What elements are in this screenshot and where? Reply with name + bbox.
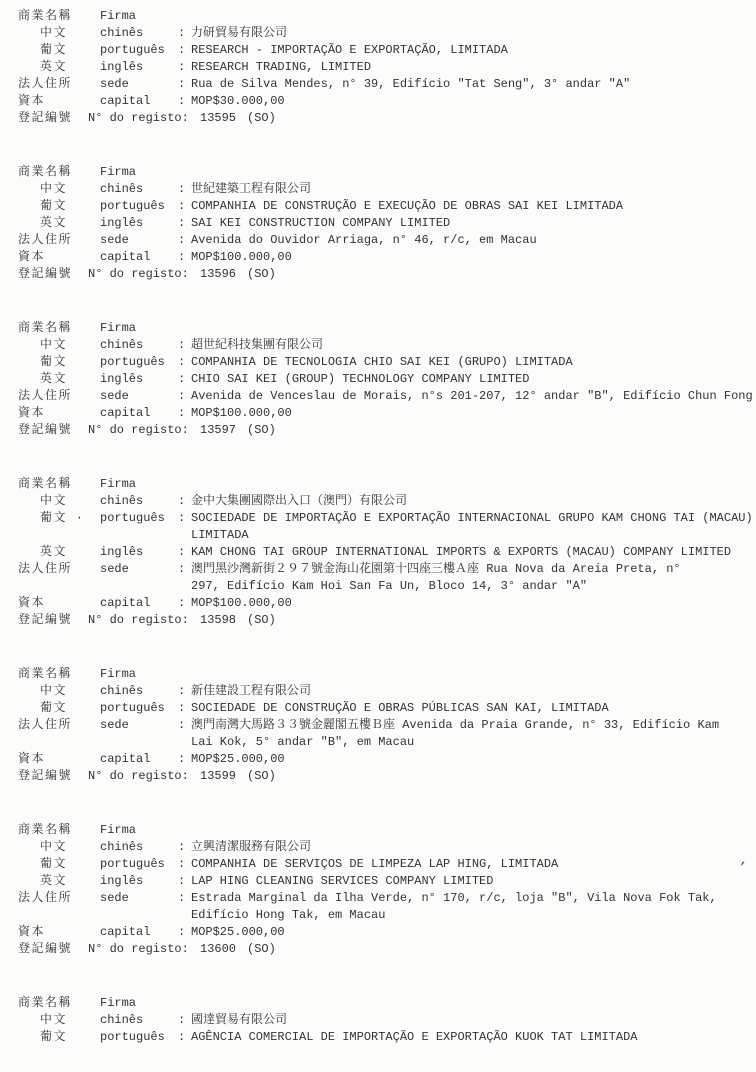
field-label-zh: 登記編號 [0,612,88,629]
field-label-pt: português [100,42,178,59]
entry-row: 葡文português:RESEARCH - IMPORTAÇÃO E EXPO… [0,42,756,59]
field-label-zh: 葡文 · [0,510,100,527]
colon-separator: : [178,405,191,422]
field-value: Lai Kok, 5° andar "B", em Macau [191,734,756,751]
entry-row: 登記編號N° do registo:13599(SO) [0,768,756,785]
entry-row: 法人住所sede:澳門黑沙灣新街２９７號金海山花園第十四座三樓Ａ座 Rua No… [0,561,756,578]
registration-suffix: (SO) [247,768,276,785]
entry-row: 商業名稱Firma [0,666,756,683]
field-value: RESEARCH - IMPORTAÇÃO E EXPORTAÇÃO, LIMI… [191,42,756,59]
field-value: 世紀建築工程有限公司 [191,181,756,198]
field-label-pt: chinês [100,337,178,354]
colon-separator: : [178,890,191,907]
registration-number: 13598 [200,612,247,629]
field-label-zh: 英文 [0,371,100,388]
field-label-zh: 商業名稱 [0,822,100,839]
field-value: 澳門南灣大馬路３３號金麗閣五樓Ｂ座 Avenida da Praia Grand… [191,717,756,734]
field-label-pt: chinês [100,683,178,700]
field-value: AGÊNCIA COMERCIAL DE IMPORTAÇÃO E EXPORT… [191,1029,756,1046]
entry-row: 葡文português:COMPANHIA DE TECNOLOGIA CHIO… [0,354,756,371]
registration-suffix: (SO) [247,612,276,629]
entry-row: LIMITADA [0,527,756,544]
entry-row: 297, Edifício Kam Hoi San Fa Un, Bloco 1… [0,578,756,595]
colon-separator: : [178,924,191,941]
entry-row: 登記編號N° do registo:13598(SO) [0,612,756,629]
field-label-zh: 法人住所 [0,561,100,578]
entry-row: 英文inglês:LAP HING CLEANING SERVICES COMP… [0,873,756,890]
field-label-pt: português [100,510,178,527]
colon-separator: : [178,1029,191,1046]
entry-row: 英文inglês:SAI KEI CONSTRUCTION COMPANY LI… [0,215,756,232]
field-label-zh: 葡文 [0,354,100,371]
field-value: RESEARCH TRADING, LIMITED [191,59,756,76]
entry-row: 葡文português:AGÊNCIA COMERCIAL DE IMPORTA… [0,1029,756,1046]
field-label-zh: 商業名稱 [0,476,100,493]
colon-separator: : [178,751,191,768]
colon-separator: : [178,561,191,578]
colon-separator: : [178,700,191,717]
field-label-pt: português [100,198,178,215]
field-value: COMPANHIA DE SERVIÇOS DE LIMPEZA LAP HIN… [191,856,756,873]
field-label-pt: chinês [100,1012,178,1029]
entry-row: 法人住所sede:澳門南灣大馬路３３號金麗閣五樓Ｂ座 Avenida da Pr… [0,717,756,734]
entry-row: 商業名稱Firma [0,822,756,839]
field-value: 超世紀科技集團有限公司 [191,337,756,354]
field-label-zh: 資本 [0,93,100,110]
field-label-zh: 商業名稱 [0,995,100,1012]
colon-separator: : [178,683,191,700]
field-label-pt: português [100,1029,178,1046]
field-label-pt: capital [100,595,178,612]
field-label-zh: 商業名稱 [0,320,100,337]
colon-separator: : [178,181,191,198]
colon-separator: : [178,595,191,612]
field-value: 金中大集團國際出入口（澳門）有限公司 [191,493,756,510]
colon-separator: : [178,249,191,266]
field-value: Avenida do Ouvidor Arriaga, n° 46, r/c, … [191,232,756,249]
field-label-pt: sede [100,561,178,578]
colon-separator: : [178,1012,191,1029]
colon-separator: : [178,839,191,856]
entry-row: 英文inglês:KAM CHONG TAI GROUP INTERNATION… [0,544,756,561]
field-label-pt: capital [100,751,178,768]
entry-row: 資本capital:MOP$25.000,00 [0,751,756,768]
entry-row: 商業名稱Firma [0,320,756,337]
field-value: MOP$100.000,00 [191,405,756,422]
entry-row: 葡文português:COMPANHIA DE SERVIÇOS DE LIM… [0,856,756,873]
company-entry: 商業名稱Firma中文chinês:世紀建築工程有限公司葡文português:… [0,164,756,283]
entry-row: 英文inglês:RESEARCH TRADING, LIMITED [0,59,756,76]
field-label-pt: sede [100,232,178,249]
field-label-zh: 葡文 [0,42,100,59]
field-value: 澳門黑沙灣新街２９７號金海山花園第十四座三樓Ａ座 Rua Nova da Are… [191,561,756,578]
field-label-pt: Firma [100,164,178,181]
registration-number: 13600 [200,941,247,958]
field-value: COMPANHIA DE CONSTRUÇÃO E EXECUÇÃO DE OB… [191,198,756,215]
field-label-zh: 英文 [0,544,100,561]
field-label-pt: inglês [100,544,178,561]
colon-separator: : [178,198,191,215]
field-label-pt: N° do registo: [88,612,200,629]
field-value: Avenida de Venceslau de Morais, n°s 201-… [191,388,756,405]
colon-separator: : [178,337,191,354]
field-label-pt: N° do registo: [88,941,200,958]
entry-row: 葡文português:SOCIEDADE DE CONSTRUÇÃO E OB… [0,700,756,717]
field-label-zh: 資本 [0,249,100,266]
field-label-zh: 中文 [0,181,100,198]
company-entry: 商業名稱Firma中文chinês:力研貿易有限公司葡文português:RE… [0,8,756,127]
field-label-pt: Firma [100,822,178,839]
registration-number: 13595 [200,110,247,127]
field-label-pt: Firma [100,995,178,1012]
entry-row: 商業名稱Firma [0,164,756,181]
colon-separator: : [178,232,191,249]
colon-separator: : [178,76,191,93]
field-label-pt: Firma [100,666,178,683]
field-label-zh: 商業名稱 [0,666,100,683]
field-label-pt: chinês [100,493,178,510]
field-label-pt: chinês [100,181,178,198]
entry-row: 法人住所sede:Avenida de Venceslau de Morais,… [0,388,756,405]
field-value: SOCIEDADE DE CONSTRUÇÃO E OBRAS PÚBLICAS… [191,700,756,717]
field-label-zh: 葡文 [0,198,100,215]
field-value: Edifício Hong Tak, em Macau [191,907,756,924]
field-label-pt: inglês [100,59,178,76]
registration-number: 13597 [200,422,247,439]
field-label-zh: 登記編號 [0,110,88,127]
field-label-zh: 法人住所 [0,232,100,249]
field-label-pt: chinês [100,839,178,856]
field-label-pt: capital [100,405,178,422]
field-label-pt: Firma [100,8,178,25]
field-label-zh: 中文 [0,337,100,354]
field-label-pt: N° do registo: [88,422,200,439]
field-label-pt: português [100,354,178,371]
field-label-zh: 法人住所 [0,388,100,405]
entry-row: 葡文português:COMPANHIA DE CONSTRUÇÃO E EX… [0,198,756,215]
field-label-zh: 中文 [0,1012,100,1029]
entry-row: 中文chinês:立興清潔服務有限公司 [0,839,756,856]
field-value: 力研貿易有限公司 [191,25,756,42]
field-label-pt: inglês [100,215,178,232]
field-label-pt: capital [100,93,178,110]
company-entry: 商業名稱Firma中文chinês:新佳建設工程有限公司葡文português:… [0,666,756,785]
field-label-pt: Firma [100,476,178,493]
colon-separator: : [178,717,191,734]
registration-number: 13596 [200,266,247,283]
entry-row: 登記編號N° do registo:13596(SO) [0,266,756,283]
field-value: COMPANHIA DE TECNOLOGIA CHIO SAI KEI (GR… [191,354,756,371]
field-label-zh: 法人住所 [0,76,100,93]
colon-separator: : [178,856,191,873]
field-value: Estrada Marginal da Ilha Verde, n° 170, … [191,890,756,907]
field-label-pt: capital [100,249,178,266]
entry-row: Lai Kok, 5° andar "B", em Macau [0,734,756,751]
field-value: SOCIEDADE DE IMPORTAÇÃO E EXPORTAÇÃO INT… [191,510,756,527]
field-label-pt: N° do registo: [88,266,200,283]
field-value: MOP$25.000,00 [191,751,756,768]
field-label-zh: 中文 [0,683,100,700]
colon-separator: : [178,493,191,510]
registration-suffix: (SO) [247,266,276,283]
field-label-pt: sede [100,890,178,907]
field-label-pt: N° do registo: [88,768,200,785]
entry-row: 商業名稱Firma [0,995,756,1012]
field-label-pt: inglês [100,873,178,890]
field-label-zh: 葡文 [0,1029,100,1046]
field-label-zh: 登記編號 [0,266,88,283]
entry-row: 中文chinês:金中大集團國際出入口（澳門）有限公司 [0,493,756,510]
entry-row: 登記編號N° do registo:13597(SO) [0,422,756,439]
entry-row: 法人住所sede:Avenida do Ouvidor Arriaga, n° … [0,232,756,249]
field-label-zh: 商業名稱 [0,8,100,25]
document-page: ’ 商業名稱Firma中文chinês:力研貿易有限公司葡文português:… [0,0,756,1072]
field-label-zh: 法人住所 [0,890,100,907]
registration-suffix: (SO) [247,422,276,439]
field-label-zh: 資本 [0,924,100,941]
field-label-pt: sede [100,76,178,93]
company-entry: 商業名稱Firma中文chinês:國達貿易有限公司葡文português:AG… [0,995,756,1046]
entry-row: 資本capital:MOP$100.000,00 [0,405,756,422]
field-value: Rua de Silva Mendes, n° 39, Edifício "Ta… [191,76,756,93]
entry-row: 中文chinês:力研貿易有限公司 [0,25,756,42]
field-value: CHIO SAI KEI (GROUP) TECHNOLOGY COMPANY … [191,371,756,388]
entry-row: 中文chinês:國達貿易有限公司 [0,1012,756,1029]
field-label-pt: N° do registo: [88,110,200,127]
field-value: LAP HING CLEANING SERVICES COMPANY LIMIT… [191,873,756,890]
colon-separator: : [178,42,191,59]
field-value: MOP$100.000,00 [191,249,756,266]
colon-separator: : [178,93,191,110]
entry-row: 中文chinês:世紀建築工程有限公司 [0,181,756,198]
company-entry: 商業名稱Firma中文chinês:超世紀科技集團有限公司葡文português… [0,320,756,439]
field-label-zh: 商業名稱 [0,164,100,181]
company-entry: 商業名稱Firma中文chinês:金中大集團國際出入口（澳門）有限公司葡文 ·… [0,476,756,629]
entry-row: 法人住所sede:Rua de Silva Mendes, n° 39, Edi… [0,76,756,93]
colon-separator: : [178,215,191,232]
field-label-zh: 法人住所 [0,717,100,734]
field-value: LIMITADA [191,527,756,544]
entry-row: 資本capital:MOP$100.000,00 [0,249,756,266]
entry-row: 中文chinês:新佳建設工程有限公司 [0,683,756,700]
entry-row: 法人住所sede:Estrada Marginal da Ilha Verde,… [0,890,756,907]
colon-separator: : [178,59,191,76]
field-label-zh: 英文 [0,215,100,232]
entry-row: 資本capital:MOP$25.000,00 [0,924,756,941]
field-value: 國達貿易有限公司 [191,1012,756,1029]
entry-row: 中文chinês:超世紀科技集團有限公司 [0,337,756,354]
colon-separator: : [178,354,191,371]
colon-separator: : [178,873,191,890]
field-label-zh: 葡文 [0,700,100,717]
entry-row: Edifício Hong Tak, em Macau [0,907,756,924]
company-entry: 商業名稱Firma中文chinês:立興清潔服務有限公司葡文português:… [0,822,756,958]
field-label-pt: inglês [100,371,178,388]
colon-separator: : [178,544,191,561]
field-label-pt: capital [100,924,178,941]
field-label-zh: 資本 [0,405,100,422]
field-label-zh: 中文 [0,25,100,42]
registration-number: 13599 [200,768,247,785]
field-label-zh: 資本 [0,595,100,612]
field-label-zh: 中文 [0,493,100,510]
field-label-zh: 資本 [0,751,100,768]
colon-separator: : [178,510,191,527]
colon-separator: : [178,371,191,388]
entry-row: 登記編號N° do registo:13600(SO) [0,941,756,958]
entry-row: 葡文 ·português:SOCIEDADE DE IMPORTAÇÃO E … [0,510,756,527]
field-value: 新佳建設工程有限公司 [191,683,756,700]
field-value: 297, Edifício Kam Hoi San Fa Un, Bloco 1… [191,578,756,595]
entry-row: 資本capital:MOP$30.000,00 [0,93,756,110]
field-label-zh: 英文 [0,59,100,76]
entry-row: 商業名稱Firma [0,476,756,493]
entry-row: 登記編號N° do registo:13595(SO) [0,110,756,127]
field-label-pt: chinês [100,25,178,42]
field-label-zh: 中文 [0,839,100,856]
registration-suffix: (SO) [247,110,276,127]
colon-separator: : [178,388,191,405]
field-label-pt: português [100,856,178,873]
field-label-zh: 英文 [0,873,100,890]
registration-suffix: (SO) [247,941,276,958]
field-label-zh: 登記編號 [0,941,88,958]
field-label-pt: sede [100,717,178,734]
field-label-zh: 登記編號 [0,768,88,785]
field-value: KAM CHONG TAI GROUP INTERNATIONAL IMPORT… [191,544,756,561]
entry-row: 資本capital:MOP$100.000,00 [0,595,756,612]
field-label-pt: português [100,700,178,717]
field-label-pt: Firma [100,320,178,337]
field-value: SAI KEI CONSTRUCTION COMPANY LIMITED [191,215,756,232]
field-label-pt: sede [100,388,178,405]
field-value: MOP$25.000,00 [191,924,756,941]
entry-row: 商業名稱Firma [0,8,756,25]
field-value: MOP$30.000,00 [191,93,756,110]
field-label-zh: 登記編號 [0,422,88,439]
field-label-zh: 葡文 [0,856,100,873]
entry-row: 英文inglês:CHIO SAI KEI (GROUP) TECHNOLOGY… [0,371,756,388]
field-value: MOP$100.000,00 [191,595,756,612]
colon-separator: : [178,25,191,42]
field-value: 立興清潔服務有限公司 [191,839,756,856]
